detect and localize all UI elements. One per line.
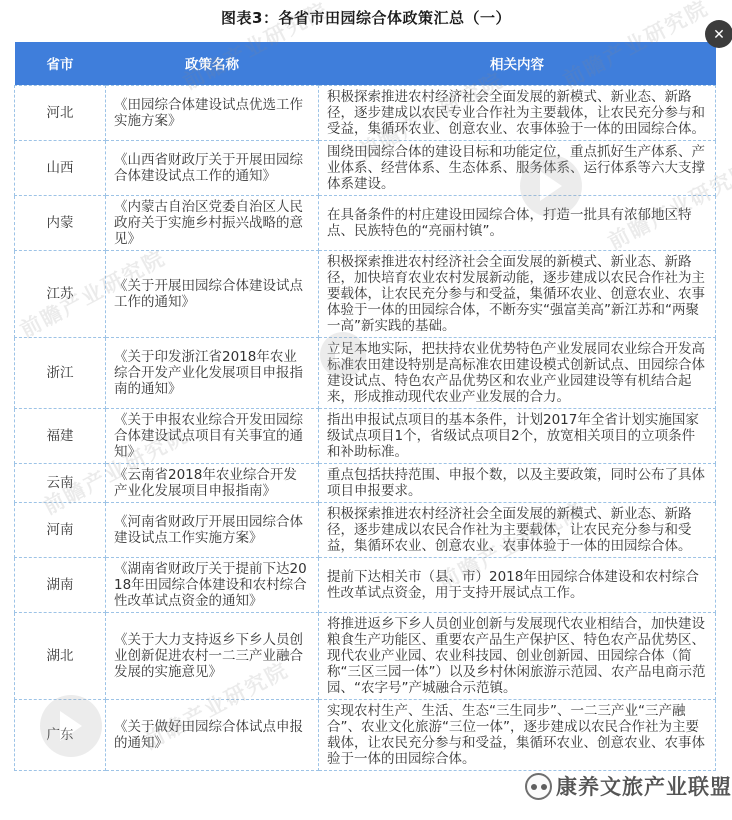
table-row: 广东 《关于做好田园综合体试点申报的通知》 实现农村生产、生活、生态“三生同步”… [15, 699, 716, 770]
province-cell: 河北 [15, 85, 106, 140]
table-row: 内蒙 《内蒙古自治区党委自治区人民政府关于实施乡村振兴战略的意见》 在具备条件的… [15, 195, 716, 250]
table-row: 江苏 《关于开展田园综合体建设试点工作的通知》 积极探索推进农村经济社会全面发展… [15, 250, 716, 337]
province-cell: 广东 [15, 699, 106, 770]
table-row: 河北 《田园综合体建设试点优选工作实施方案》 积极探索推进农村经济社会全面发展的… [15, 85, 716, 140]
province-cell: 云南 [15, 463, 106, 502]
col-header-province: 省市 [15, 42, 106, 85]
province-cell: 山西 [15, 140, 106, 195]
province-cell: 浙江 [15, 337, 106, 408]
policy-content-cell: 重点包括扶持范围、申报个数，以及主要政策，同时公布了具体项目申报要求。 [319, 463, 716, 502]
policy-name-cell: 《关于做好田园综合体试点申报的通知》 [106, 699, 319, 770]
page-title: 图表3：各省市田园综合体政策汇总（一） [0, 7, 732, 28]
col-header-policy-name: 政策名称 [106, 42, 319, 85]
table-row: 湖南 《湖南省财政厅关于提前下达2018年田园综合体建设和农村综合性改革试点资金… [15, 557, 716, 612]
province-cell: 内蒙 [15, 195, 106, 250]
table-row: 山西 《山西省财政厅关于开展田园综合体建设试点工作的通知》 围绕田园综合体的建设… [15, 140, 716, 195]
policy-content-cell: 围绕田园综合体的建设目标和功能定位，重点抓好生产体系、产业体系、经营体系、生态体… [319, 140, 716, 195]
policy-content-cell: 积极探索推进农村经济社会全面发展的新模式、新业态、新路径，逐步建成以农民合作社为… [319, 502, 716, 557]
policy-name-cell: 《山西省财政厅关于开展田园综合体建设试点工作的通知》 [106, 140, 319, 195]
table-row: 云南 《云南省2018年农业综合开发产业化发展项目申报指南》 重点包括扶持范围、… [15, 463, 716, 502]
province-cell: 河南 [15, 502, 106, 557]
policy-name-cell: 《云南省2018年农业综合开发产业化发展项目申报指南》 [106, 463, 319, 502]
bottom-watermark: 康养文旅产业联盟 [525, 771, 732, 801]
table-header: 省市 政策名称 相关内容 [15, 42, 716, 85]
policy-name-cell: 《河南省财政厅开展田园综合体建设试点工作实施方案》 [106, 502, 319, 557]
policy-name-cell: 《关于大力支持返乡下乡人员创业创新促进农村一二三产业融合发展的实施意见》 [106, 612, 319, 699]
policy-content-cell: 在具备条件的村庄建设田园综合体，打造一批具有浓郁地区特点、民族特色的“亮丽村镇”… [319, 195, 716, 250]
close-icon: ✕ [713, 27, 725, 41]
table-row: 浙江 《关于印发浙江省2018年农业综合开发产业化发展项目申报指南的通知》 立足… [15, 337, 716, 408]
policy-content-cell: 指出申报试点项目的基本条件，计划2017年全省计划实施国家级试点项目1个，省级试… [319, 408, 716, 463]
policy-name-cell: 《关于开展田园综合体建设试点工作的通知》 [106, 250, 319, 337]
table-row: 湖北 《关于大力支持返乡下乡人员创业创新促进农村一二三产业融合发展的实施意见》 … [15, 612, 716, 699]
policy-name-cell: 《关于印发浙江省2018年农业综合开发产业化发展项目申报指南的通知》 [106, 337, 319, 408]
policy-name-cell: 《湖南省财政厅关于提前下达2018年田园综合体建设和农村综合性改革试点资金的通知… [106, 557, 319, 612]
close-button[interactable]: ✕ [705, 20, 732, 48]
policy-name-cell: 《关于申报农业综合开发田园综合体建设试点项目有关事宜的通知》 [106, 408, 319, 463]
policy-content-cell: 实现农村生产、生活、生态“三生同步”、一二三产业“三产融合”、农业文化旅游“三位… [319, 699, 716, 770]
province-cell: 湖南 [15, 557, 106, 612]
policy-table: 省市 政策名称 相关内容 河北 《田园综合体建设试点优选工作实施方案》 积极探索… [14, 42, 716, 771]
province-cell: 江苏 [15, 250, 106, 337]
policy-name-cell: 《田园综合体建设试点优选工作实施方案》 [106, 85, 319, 140]
col-header-content: 相关内容 [319, 42, 716, 85]
policy-name-cell: 《内蒙古自治区党委自治区人民政府关于实施乡村振兴战略的意见》 [106, 195, 319, 250]
alliance-watermark-text: 康养文旅产业联盟 [556, 771, 732, 801]
policy-content-cell: 积极探索推进农村经济社会全面发展的新模式、新业态、新路径，逐步建成以农民专业合作… [319, 85, 716, 140]
policy-content-cell: 积极探索推进农村经济社会全面发展的新模式、新业态、新路径，加快培育农业农村发展新… [319, 250, 716, 337]
province-cell: 福建 [15, 408, 106, 463]
policy-content-cell: 提前下达相关市（县、市）2018年田园综合体建设和农村综合性改革试点资金，用于支… [319, 557, 716, 612]
policy-content-cell: 将推进返乡下乡人员创业创新与发展现代农业相结合，加快建设粮食生产功能区、重要农产… [319, 612, 716, 699]
table-row: 河南 《河南省财政厅开展田园综合体建设试点工作实施方案》 积极探索推进农村经济社… [15, 502, 716, 557]
table-row: 福建 《关于申报农业综合开发田园综合体建设试点项目有关事宜的通知》 指出申报试点… [15, 408, 716, 463]
alliance-logo-icon [525, 773, 552, 800]
policy-table-body: 河北 《田园综合体建设试点优选工作实施方案》 积极探索推进农村经济社会全面发展的… [15, 85, 716, 770]
policy-content-cell: 立足本地实际，把扶持农业优势特色产业发展同农业综合开发高标准农田建设特别是高标准… [319, 337, 716, 408]
province-cell: 湖北 [15, 612, 106, 699]
